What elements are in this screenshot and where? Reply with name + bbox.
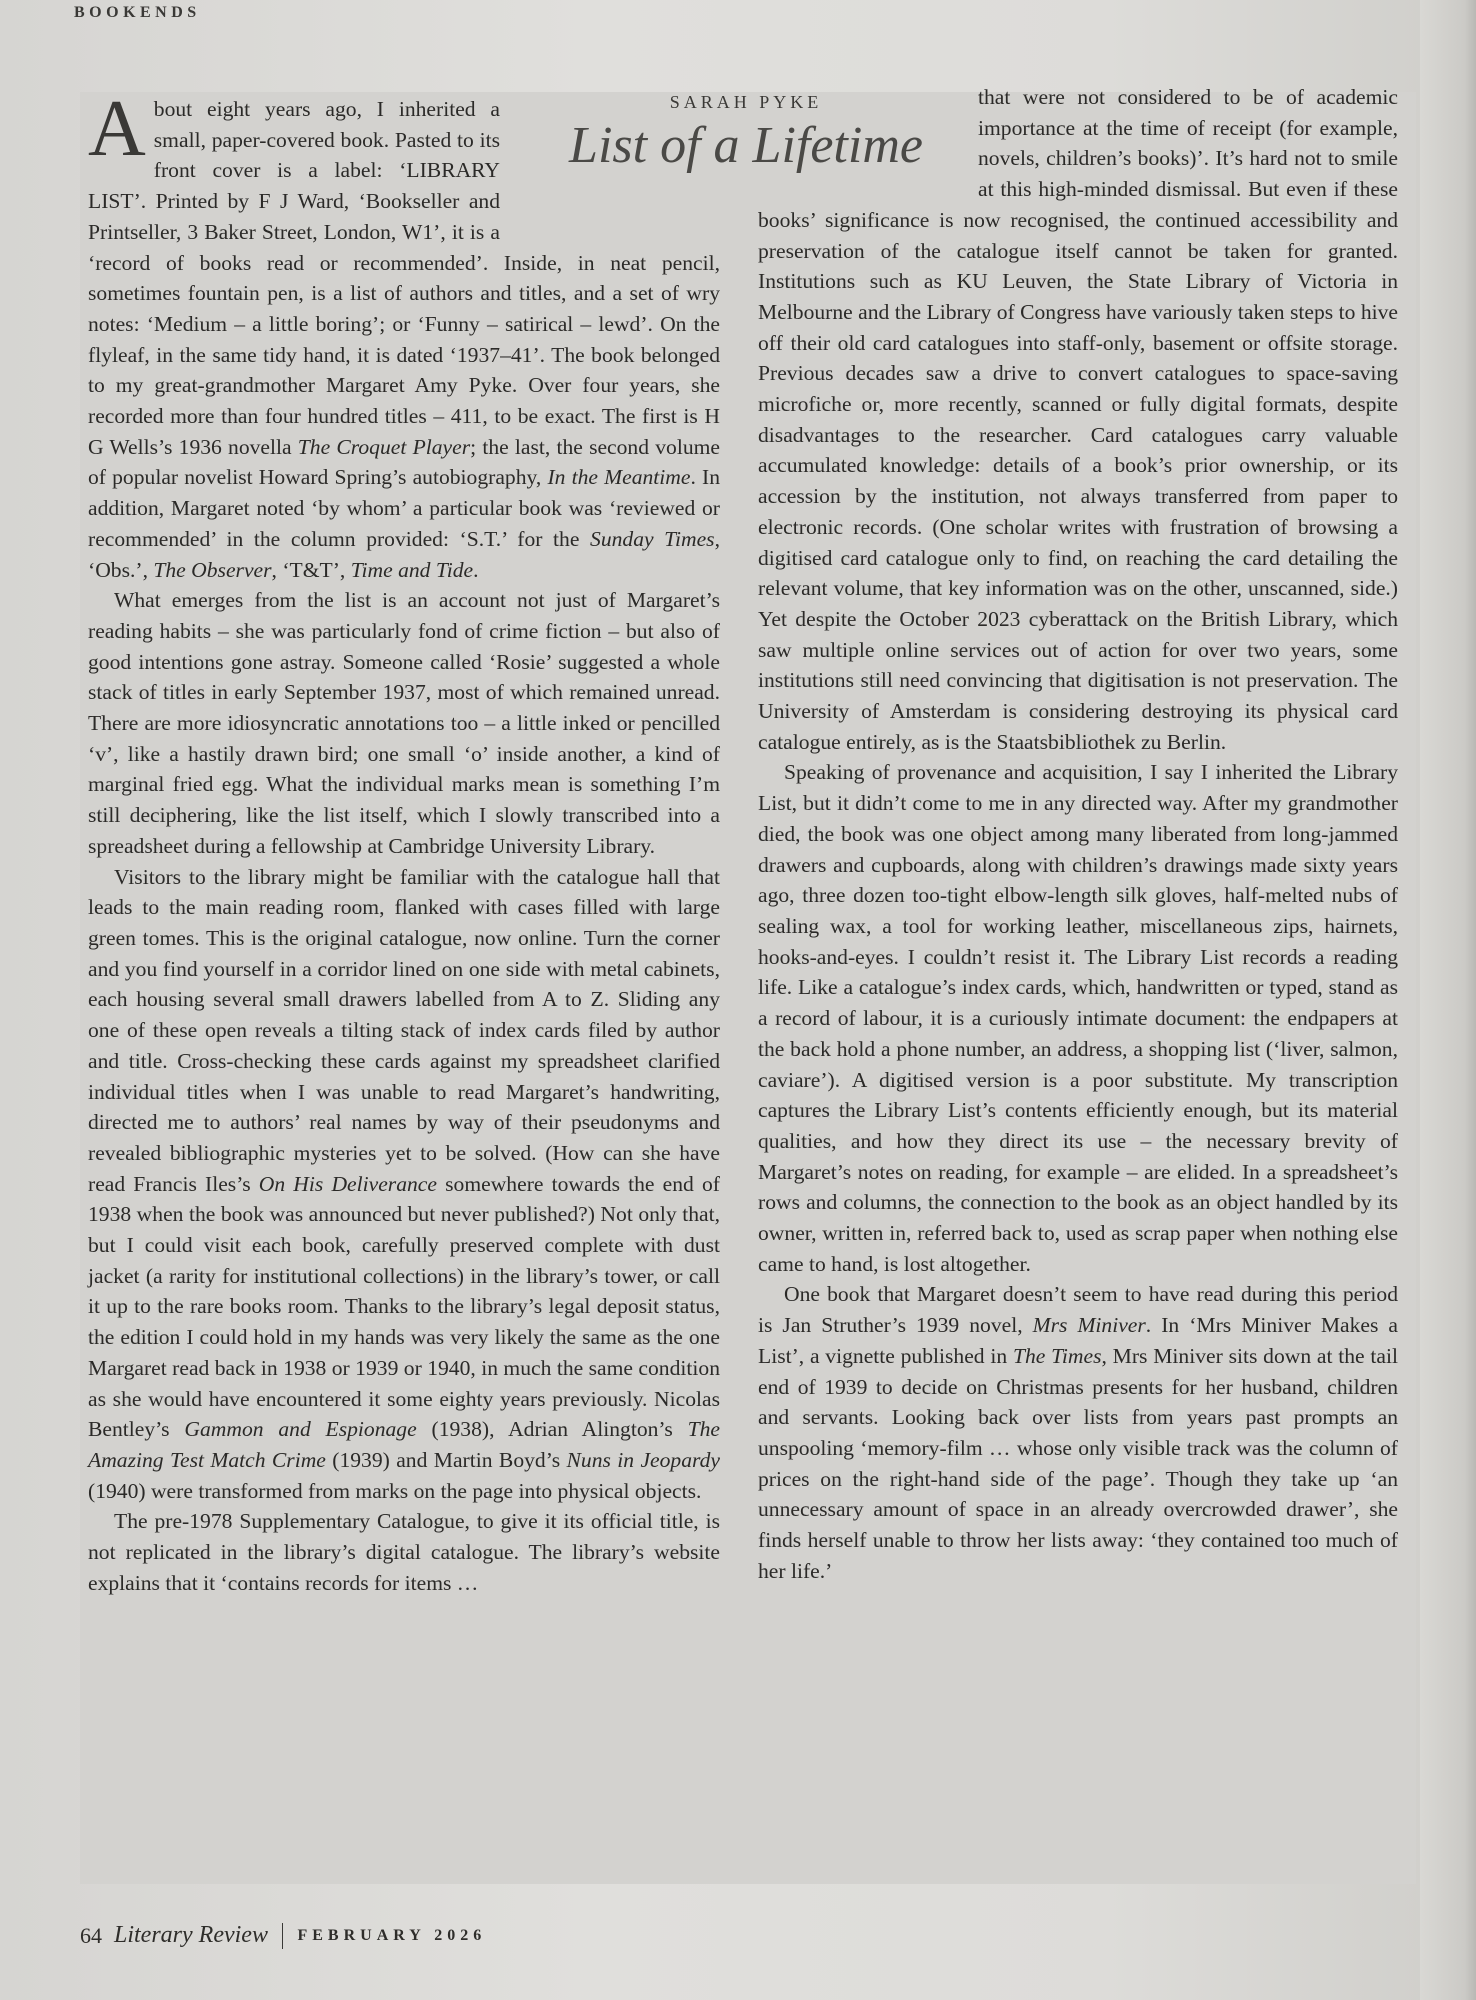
publication-title: The Times [1013, 1344, 1102, 1368]
title-space-right [758, 82, 978, 202]
issue-date: FEBRUARY 2026 [297, 1927, 486, 1945]
section-label: BOOKENDS [74, 4, 201, 22]
book-title: Nuns in Jeopardy [567, 1448, 721, 1472]
book-title: The Croquet Player [298, 435, 470, 459]
title-space-left [500, 94, 720, 218]
text-run: , Mrs Miniver sits down at the tail end … [758, 1344, 1398, 1583]
book-title: In the Meantime [547, 465, 690, 489]
footer-divider [282, 1923, 284, 1949]
text-run: (1938), Adrian Alington’s [417, 1417, 688, 1441]
paragraph-6: Speaking of provenance and acquisition, … [758, 757, 1398, 1279]
book-title: Gammon and Espionage [184, 1417, 416, 1441]
page-footer: 64 Literary Review FEBRUARY 2026 [80, 1922, 486, 1949]
paragraph-4: The pre-1978 Supplementary Catalogue, to… [88, 1506, 720, 1598]
publication-title: The Observer [153, 558, 271, 582]
text-run: , ‘T&T’, [272, 558, 351, 582]
book-title: On His Deliverance [259, 1172, 437, 1196]
page-edge-shadow [1420, 0, 1476, 2000]
text-run: (1939) and Martin Boyd’s [326, 1448, 567, 1472]
page-number: 64 [80, 1923, 102, 1949]
paragraph-2: What emerges from the list is an account… [88, 585, 720, 861]
article-column-left: About eight years ago, I inherited a sma… [88, 94, 720, 1598]
publication-title: Sunday Times [590, 527, 715, 551]
magazine-name: Literary Review [114, 1922, 268, 1949]
paragraph-3: Visitors to the library might be familia… [88, 862, 720, 1507]
publication-title: Time and Tide [351, 558, 473, 582]
text-run: somewhere towards the end of 1938 when t… [88, 1172, 720, 1442]
book-title: Mrs Miniver [1033, 1313, 1146, 1337]
text-run: . [473, 558, 478, 582]
text-run: Visitors to the library might be familia… [88, 865, 720, 1196]
text-run: (1940) were transformed from marks on th… [88, 1479, 701, 1503]
drop-cap: A [88, 98, 146, 160]
article-column-right: that were not considered to be of aca­de… [758, 82, 1398, 1586]
paragraph-7: One book that Margaret doesn’t seem to h… [758, 1279, 1398, 1586]
